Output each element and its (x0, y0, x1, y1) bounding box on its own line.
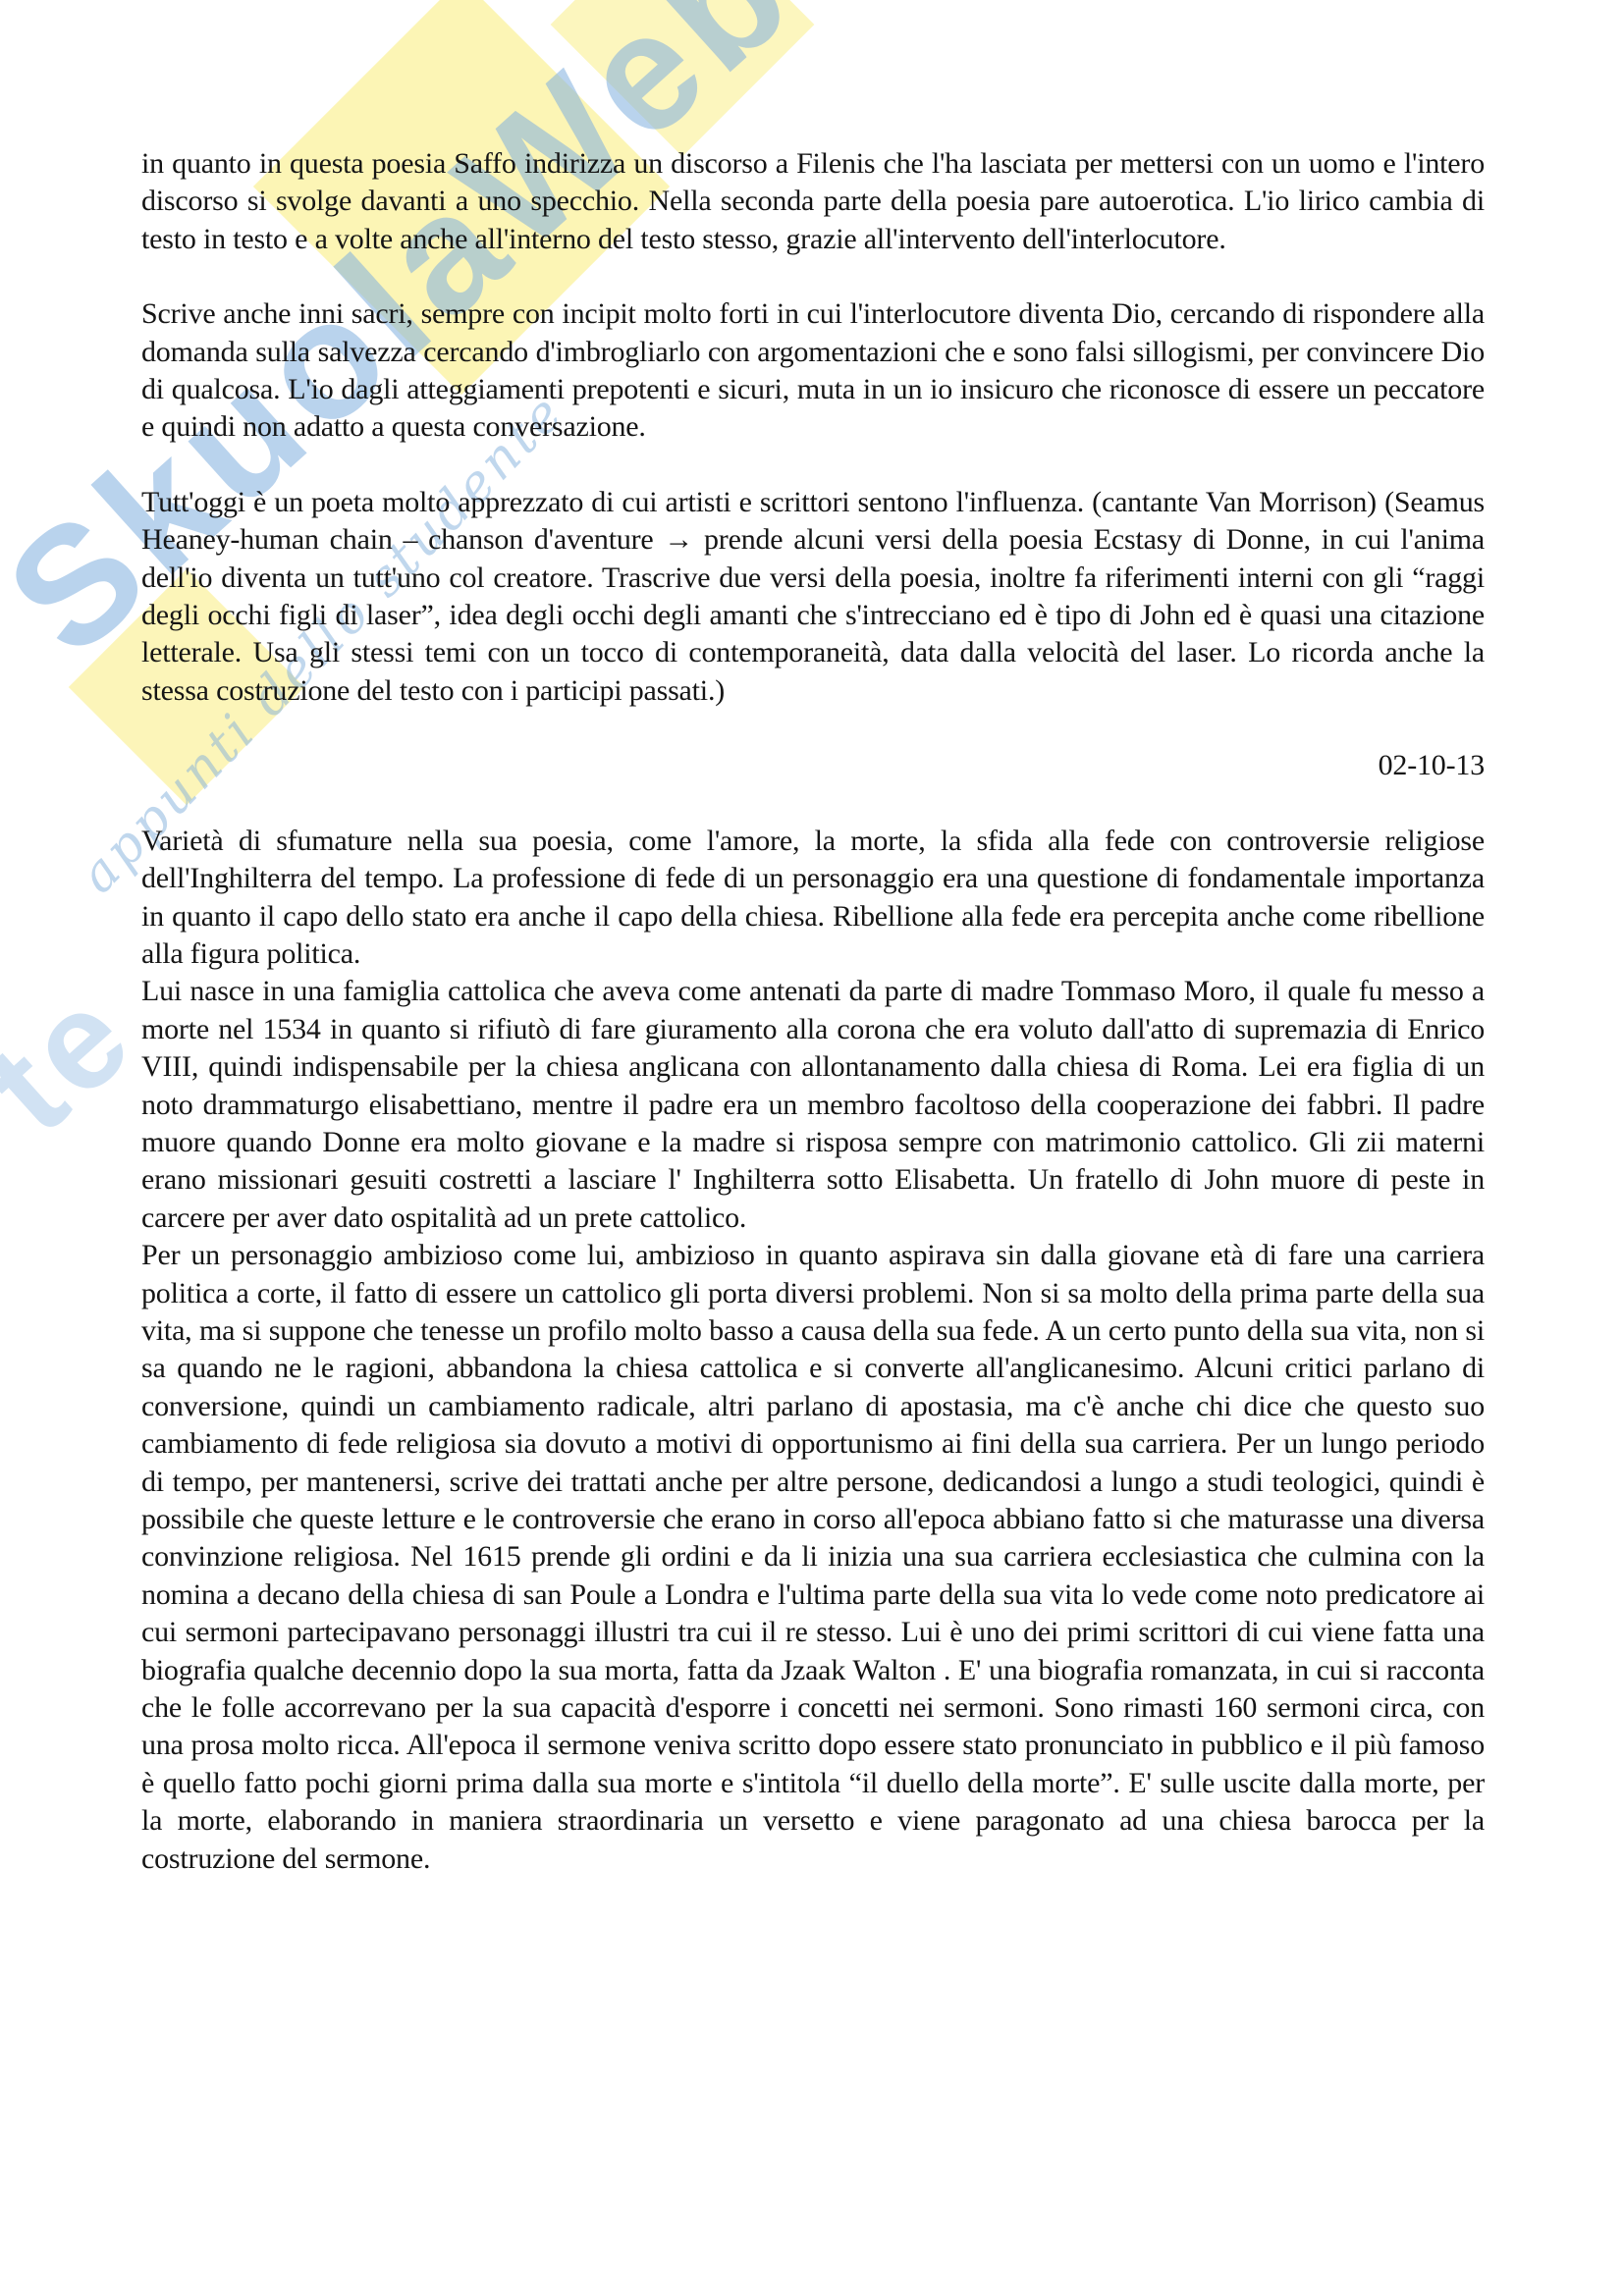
paragraph-saffo: in quanto in questa poesia Saffo indiriz… (141, 145, 1485, 258)
page-text: in quanto in questa poesia Saffo indiriz… (141, 145, 1485, 1878)
paragraph-varieta: Varietà di sfumature nella sua poesia, c… (141, 823, 1485, 974)
watermark-tail-icon: te (0, 953, 165, 1163)
paragraph-famiglia: Lui nasce in una famiglia cattolica che … (141, 973, 1485, 1237)
date-label: 02-10-13 (141, 747, 1485, 784)
paragraph-personaggio: Per un personaggio ambizioso come lui, a… (141, 1237, 1485, 1878)
paragraph-inni-sacri: Scrive anche inni sacri, sempre con inci… (141, 295, 1485, 447)
paragraph-influenza: Tutt'oggi è un poeta molto apprezzato di… (141, 484, 1485, 710)
paragraph-group: Varietà di sfumature nella sua poesia, c… (141, 823, 1485, 1878)
document-page: SkuolaWeb appunti dello studente te in q… (0, 0, 1623, 2296)
